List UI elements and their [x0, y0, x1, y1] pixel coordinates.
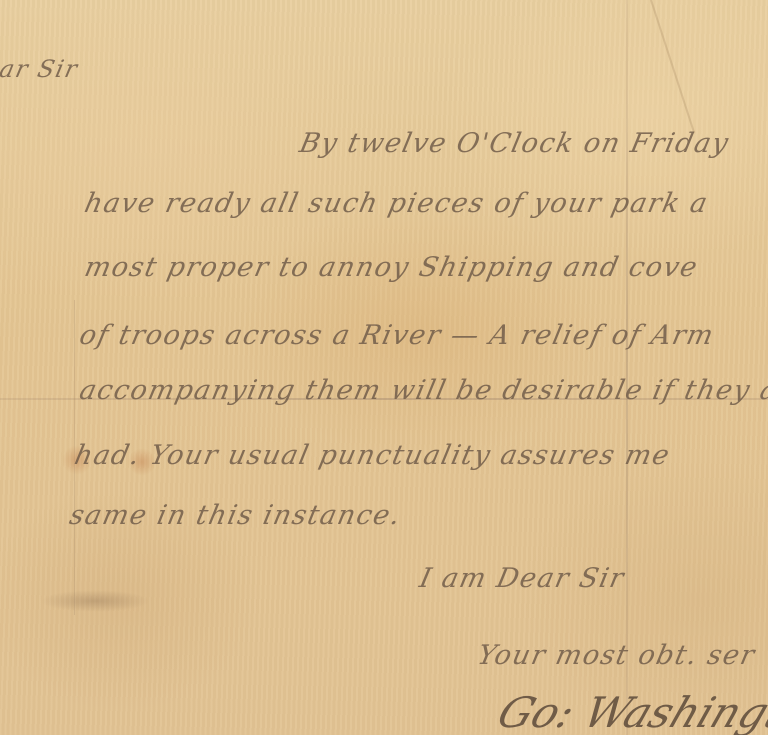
smudge [40, 590, 150, 612]
letter-line-1: By twelve O'Clock on Friday [297, 128, 732, 159]
letter-paper [0, 0, 768, 735]
letter-line-6: had. Your usual punctuality assures me [72, 440, 674, 471]
letter-line-2: have ready all such pieces of your park … [82, 188, 712, 219]
signature: Go: Washington [491, 688, 768, 735]
valediction: Your most obt. ser [475, 640, 759, 671]
closing: I am Dear Sir [417, 563, 628, 594]
letter-line-4: of troops across a River — A relief of A… [77, 320, 718, 351]
letter-line-7: same in this instance. [67, 500, 405, 531]
letter-line-3: most proper to annoy Shipping and cove [82, 252, 702, 283]
salutation: ar Sir [0, 55, 81, 83]
letter-line-5: accompanying them will be desirable if t… [77, 375, 768, 406]
vertical-fold-line [626, 0, 628, 735]
